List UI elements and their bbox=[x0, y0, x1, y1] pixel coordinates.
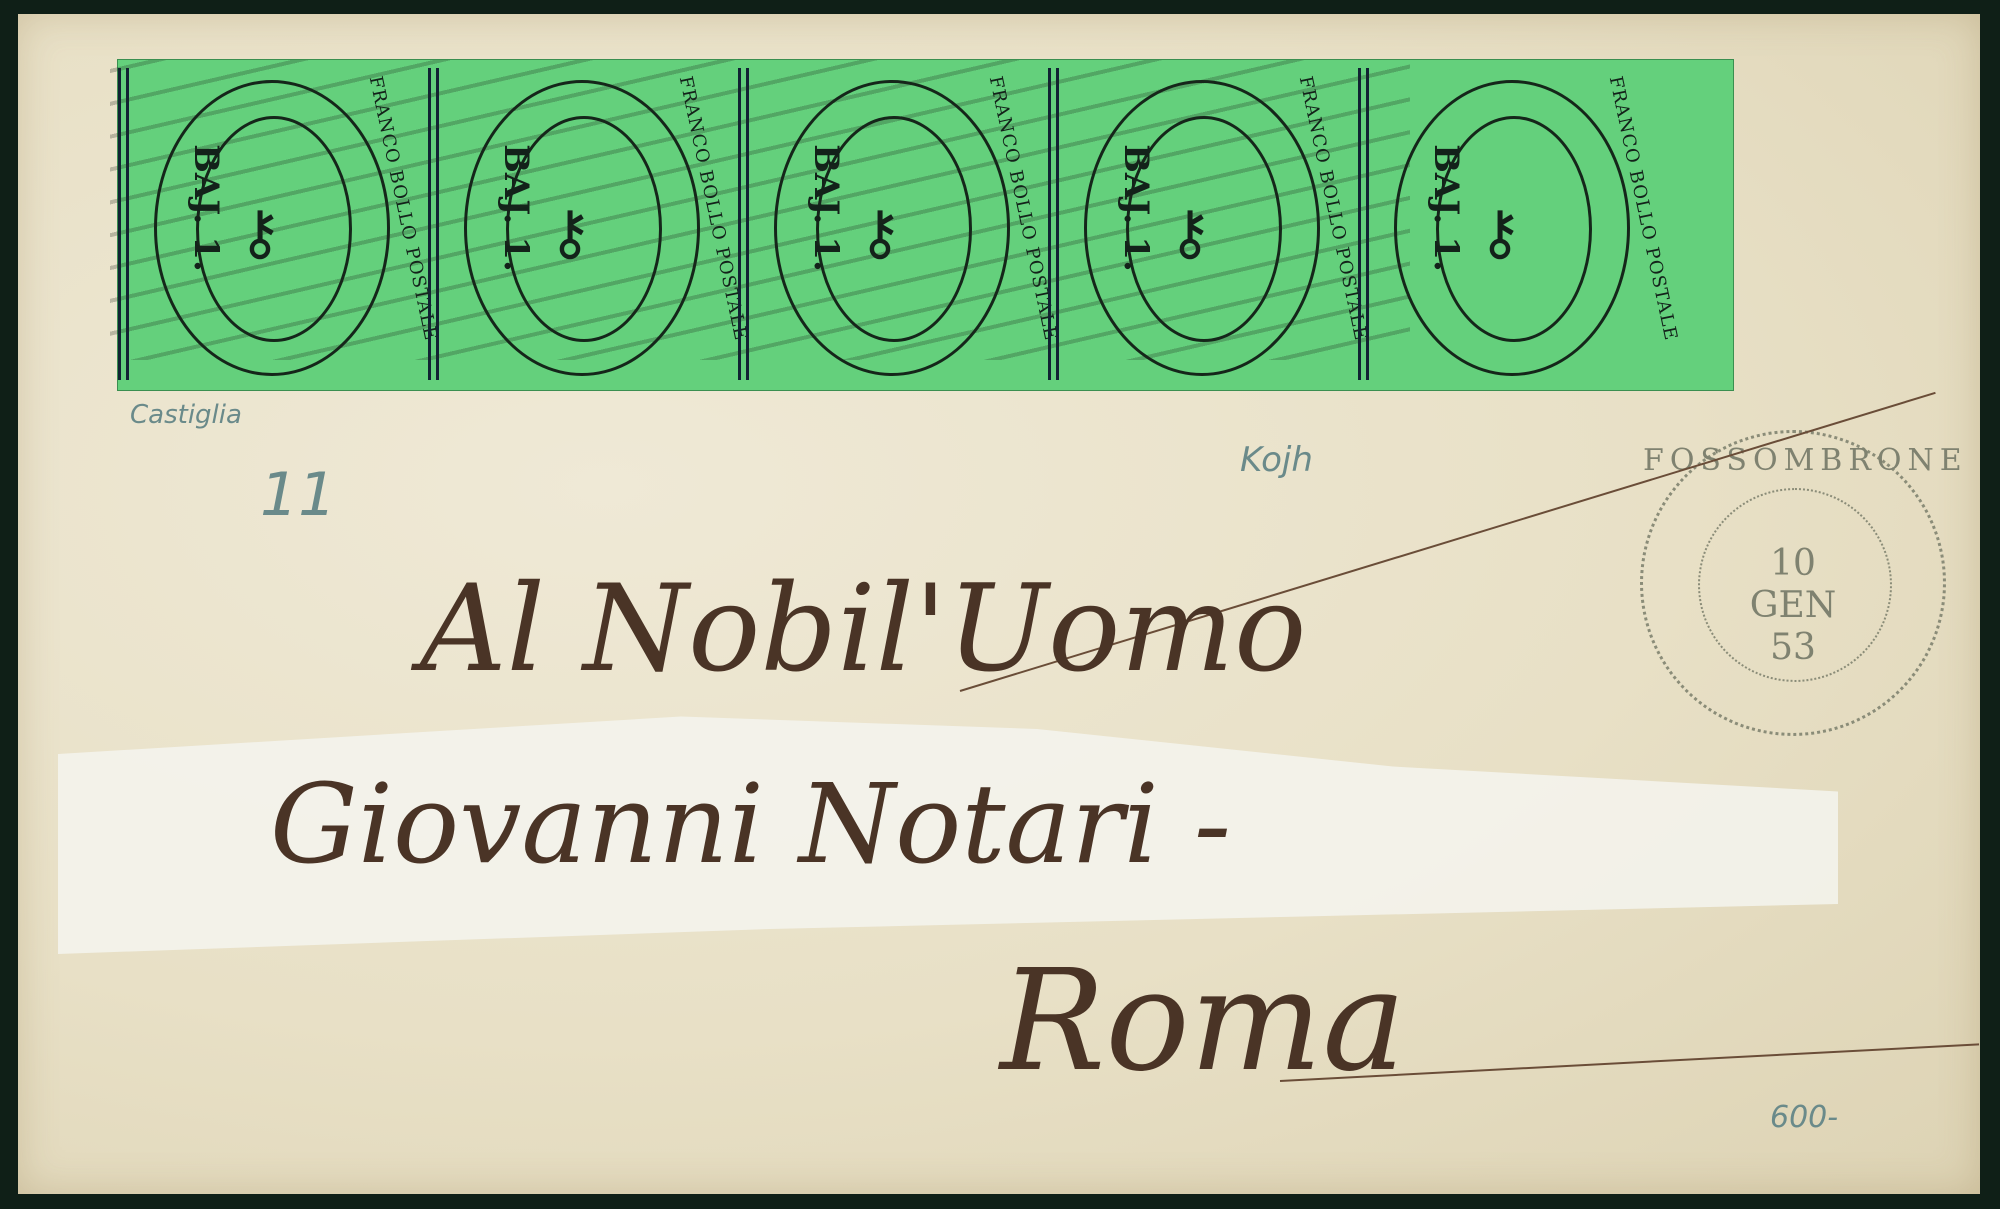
pencil-note-price: 600- bbox=[1770, 1100, 1838, 1135]
stamp-value: BAJ. 1. bbox=[806, 144, 846, 272]
crossed-keys-icon: ⚷ bbox=[238, 198, 282, 268]
stamp: BAJ. 1.FRANCO BOLLO POSTALE⚷ bbox=[428, 68, 728, 380]
stamp-value: BAJ. 1. bbox=[496, 144, 536, 272]
stamp: BAJ. 1.FRANCO BOLLO POSTALE⚷ bbox=[118, 68, 418, 380]
stamp: BAJ. 1.FRANCO BOLLO POSTALE⚷ bbox=[1358, 68, 1658, 380]
pencil-note-top-left: Castiglia bbox=[130, 400, 242, 430]
stamp-value: BAJ. 1. bbox=[1116, 144, 1156, 272]
pencil-note-left: 11 bbox=[260, 460, 336, 530]
crossed-keys-icon: ⚷ bbox=[548, 198, 592, 268]
stamp-strip: BAJ. 1.FRANCO BOLLO POSTALE⚷BAJ. 1.FRANC… bbox=[118, 60, 1733, 390]
address-line-1: Al Nobil'Uomo bbox=[420, 560, 1306, 699]
postmark: FOSSOMBRONE 10 GEN 53 bbox=[1640, 430, 1946, 736]
stamp: BAJ. 1.FRANCO BOLLO POSTALE⚷ bbox=[1048, 68, 1348, 380]
address-line-3: Roma bbox=[1000, 940, 1406, 1103]
stamp: BAJ. 1.FRANCO BOLLO POSTALE⚷ bbox=[738, 68, 1038, 380]
address-line-2: Giovanni Notari - bbox=[270, 760, 1231, 888]
stamp-value: BAJ. 1. bbox=[1426, 144, 1466, 272]
postmark-date: 10 GEN 53 bbox=[1643, 543, 1943, 669]
crossed-keys-icon: ⚷ bbox=[1478, 198, 1522, 268]
crossed-keys-icon: ⚷ bbox=[858, 198, 902, 268]
postmark-town: FOSSOMBRONE bbox=[1643, 443, 1943, 478]
pencil-note-center: Kojh bbox=[1240, 440, 1313, 480]
crossed-keys-icon: ⚷ bbox=[1168, 198, 1212, 268]
stamp-value: BAJ. 1. bbox=[186, 144, 226, 272]
